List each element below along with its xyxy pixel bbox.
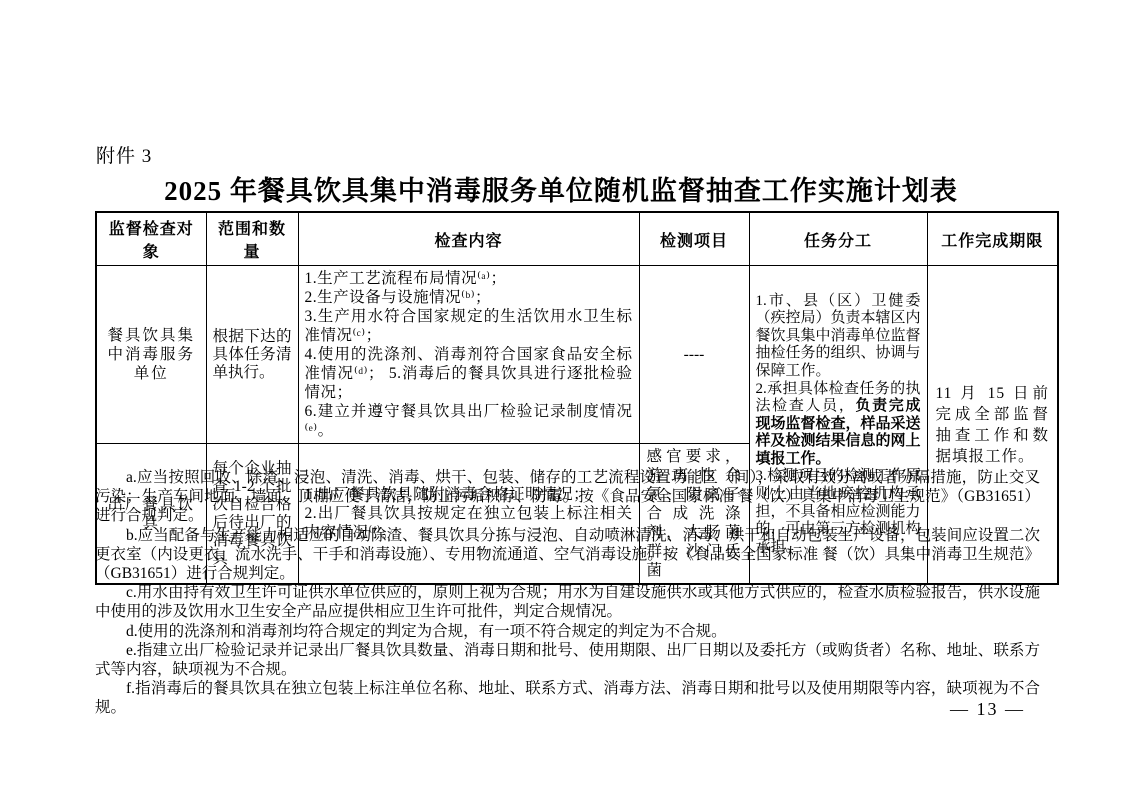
- inspection-item: 3.生产用水符合国家规定的生活饮用水卫生标准情况⁽ᶜ⁾；: [305, 307, 633, 345]
- document-page: 附件 3 2025 年餐具饮具集中消毒服务单位随机监督抽查工作实施计划表 监督检…: [0, 0, 1122, 793]
- footnote-e: e.指建立出厂检验记录并记录出厂餐具饮具数量、消毒日期和批号、使用期限、出厂日期…: [95, 641, 1040, 679]
- col-header-scope-quantity: 范围和数量: [206, 212, 298, 266]
- cell-test-items-row1: ----: [639, 266, 749, 444]
- col-header-task-division: 任务分工: [749, 212, 927, 266]
- col-header-inspection-content: 检查内容: [298, 212, 639, 266]
- inspection-item: 6.建立并遵守餐具饮具出厂检验记录制度情况⁽ᵉ⁾。: [305, 402, 633, 440]
- task-division-item: 2.承担具体检查任务的执法检查人员，负责完成现场监督检查，样品采送样及检测结果信…: [756, 381, 921, 469]
- table-header-row: 监督检查对象 范围和数量 检查内容 检测项目 任务分工 工作完成期限: [96, 212, 1058, 266]
- cell-scope-row1: 根据下达的具体任务清单执行。: [206, 266, 298, 444]
- attachment-label: 附件 3: [96, 141, 152, 168]
- page-number: — 13 —: [950, 699, 1025, 720]
- footnote-d: d.使用的洗涤剂和消毒剂均符合规定的判定为合规，有一项不符合规定的判定为不合规。: [95, 622, 1040, 641]
- cell-target-row1: 餐具饮具集中消毒服务单位: [96, 266, 206, 444]
- task-division-item: 1.市、县（区）卫健委（疾控局）负责本辖区内餐饮具集中消毒单位监督抽检任务的组织…: [756, 293, 921, 381]
- footnote-b: b.应当配备与生产能力相适应的自动除渣、餐具饮具分拣与浸泡、自动喷淋清洗、消毒、…: [95, 526, 1040, 584]
- inspection-item: 4.使用的洗涤剂、消毒剂符合国家食品安全标准情况⁽ᵈ⁾； 5.消毒后的餐具饮具进…: [305, 345, 633, 402]
- col-header-deadline: 工作完成期限: [927, 212, 1058, 266]
- col-header-test-items: 检测项目: [639, 212, 749, 266]
- inspection-item: 1.生产工艺流程布局情况⁽ᵃ⁾；: [305, 269, 633, 288]
- inspection-item: 2.生产设备与设施情况⁽ᵇ⁾；: [305, 288, 633, 307]
- footnote-f: f.指消毒后的餐具饮具在独立包装上标注单位名称、地址、联系方式、消毒方法、消毒日…: [95, 679, 1040, 717]
- table-row-disinfection-unit: 餐具饮具集中消毒服务单位 根据下达的具体任务清单执行。 1.生产工艺流程布局情况…: [96, 266, 1058, 444]
- cell-inspection-row1: 1.生产工艺流程布局情况⁽ᵃ⁾； 2.生产设备与设施情况⁽ᵇ⁾； 3.生产用水符…: [298, 266, 639, 444]
- footnotes-block: a.应当按照回收、除渣、浸泡、清洗、消毒、烘干、包装、储存的工艺流程设置功能区（…: [95, 468, 1040, 718]
- footnote-c: c.用水由持有效卫生许可证供水单位供应的，原则上视为合规；用水为自建设施供水或其…: [95, 583, 1040, 621]
- page-title: 2025 年餐具饮具集中消毒服务单位随机监督抽查工作实施计划表: [0, 169, 1122, 208]
- col-header-supervision-target: 监督检查对象: [96, 212, 206, 266]
- footnote-a: a.应当按照回收、除渣、浸泡、清洗、消毒、烘干、包装、储存的工艺流程设置功能区（…: [95, 468, 1040, 526]
